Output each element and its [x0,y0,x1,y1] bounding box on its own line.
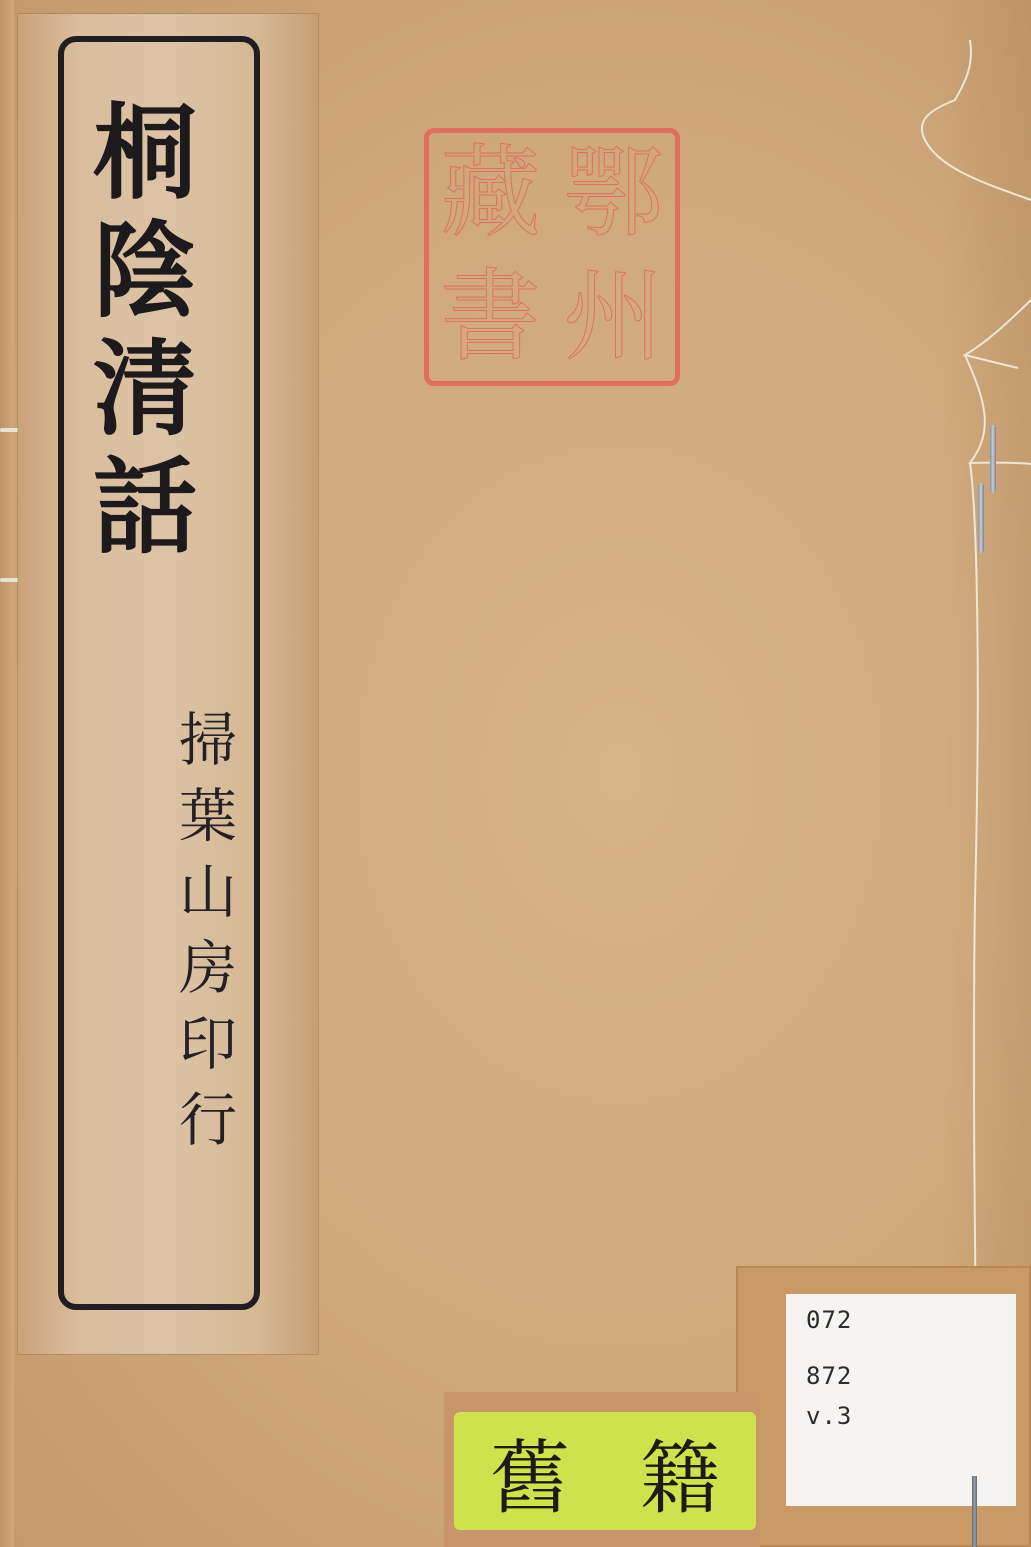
publisher-char: 房 [179,930,237,1006]
publisher-char: 行 [179,1082,237,1158]
seal-char: 鄂 [552,133,675,257]
title-char: 陰 [93,212,197,330]
call-number-label: 072 872 v.3 [786,1294,1016,1506]
title-char: 清 [93,330,197,448]
book-cover: 桐 陰 清 話 掃 葉 山 房 印 行 藏 鄂 書 州 072 872 v.3 [0,0,1031,1547]
binding-staple [990,425,996,493]
collection-tag-sticker: 舊 籍 [454,1412,756,1530]
seal-char: 藏 [429,133,552,257]
book-title: 桐 陰 清 話 [70,94,220,566]
label-staple [972,1476,977,1547]
publisher-char: 掃 [179,702,237,778]
seal-char: 州 [552,257,675,381]
binding-staple [978,483,984,553]
call-number-volume: v.3 [806,1402,852,1430]
tag-char: 籍 [640,1414,720,1529]
seal-char: 書 [429,257,552,381]
collector-seal-stamp: 藏 鄂 書 州 [424,128,680,386]
tag-char: 舊 [490,1414,570,1529]
call-number-cutter: 872 [806,1362,852,1390]
publisher-char: 印 [179,1006,237,1082]
title-char: 桐 [93,94,197,212]
title-slip: 桐 陰 清 話 掃 葉 山 房 印 行 [18,14,318,1354]
publisher-char: 山 [179,854,237,930]
title-char: 話 [93,448,197,566]
call-number-class: 072 [806,1306,852,1334]
publisher-imprint: 掃 葉 山 房 印 行 [168,702,248,1158]
cover-left-edge [0,0,14,1547]
publisher-char: 葉 [179,778,237,854]
